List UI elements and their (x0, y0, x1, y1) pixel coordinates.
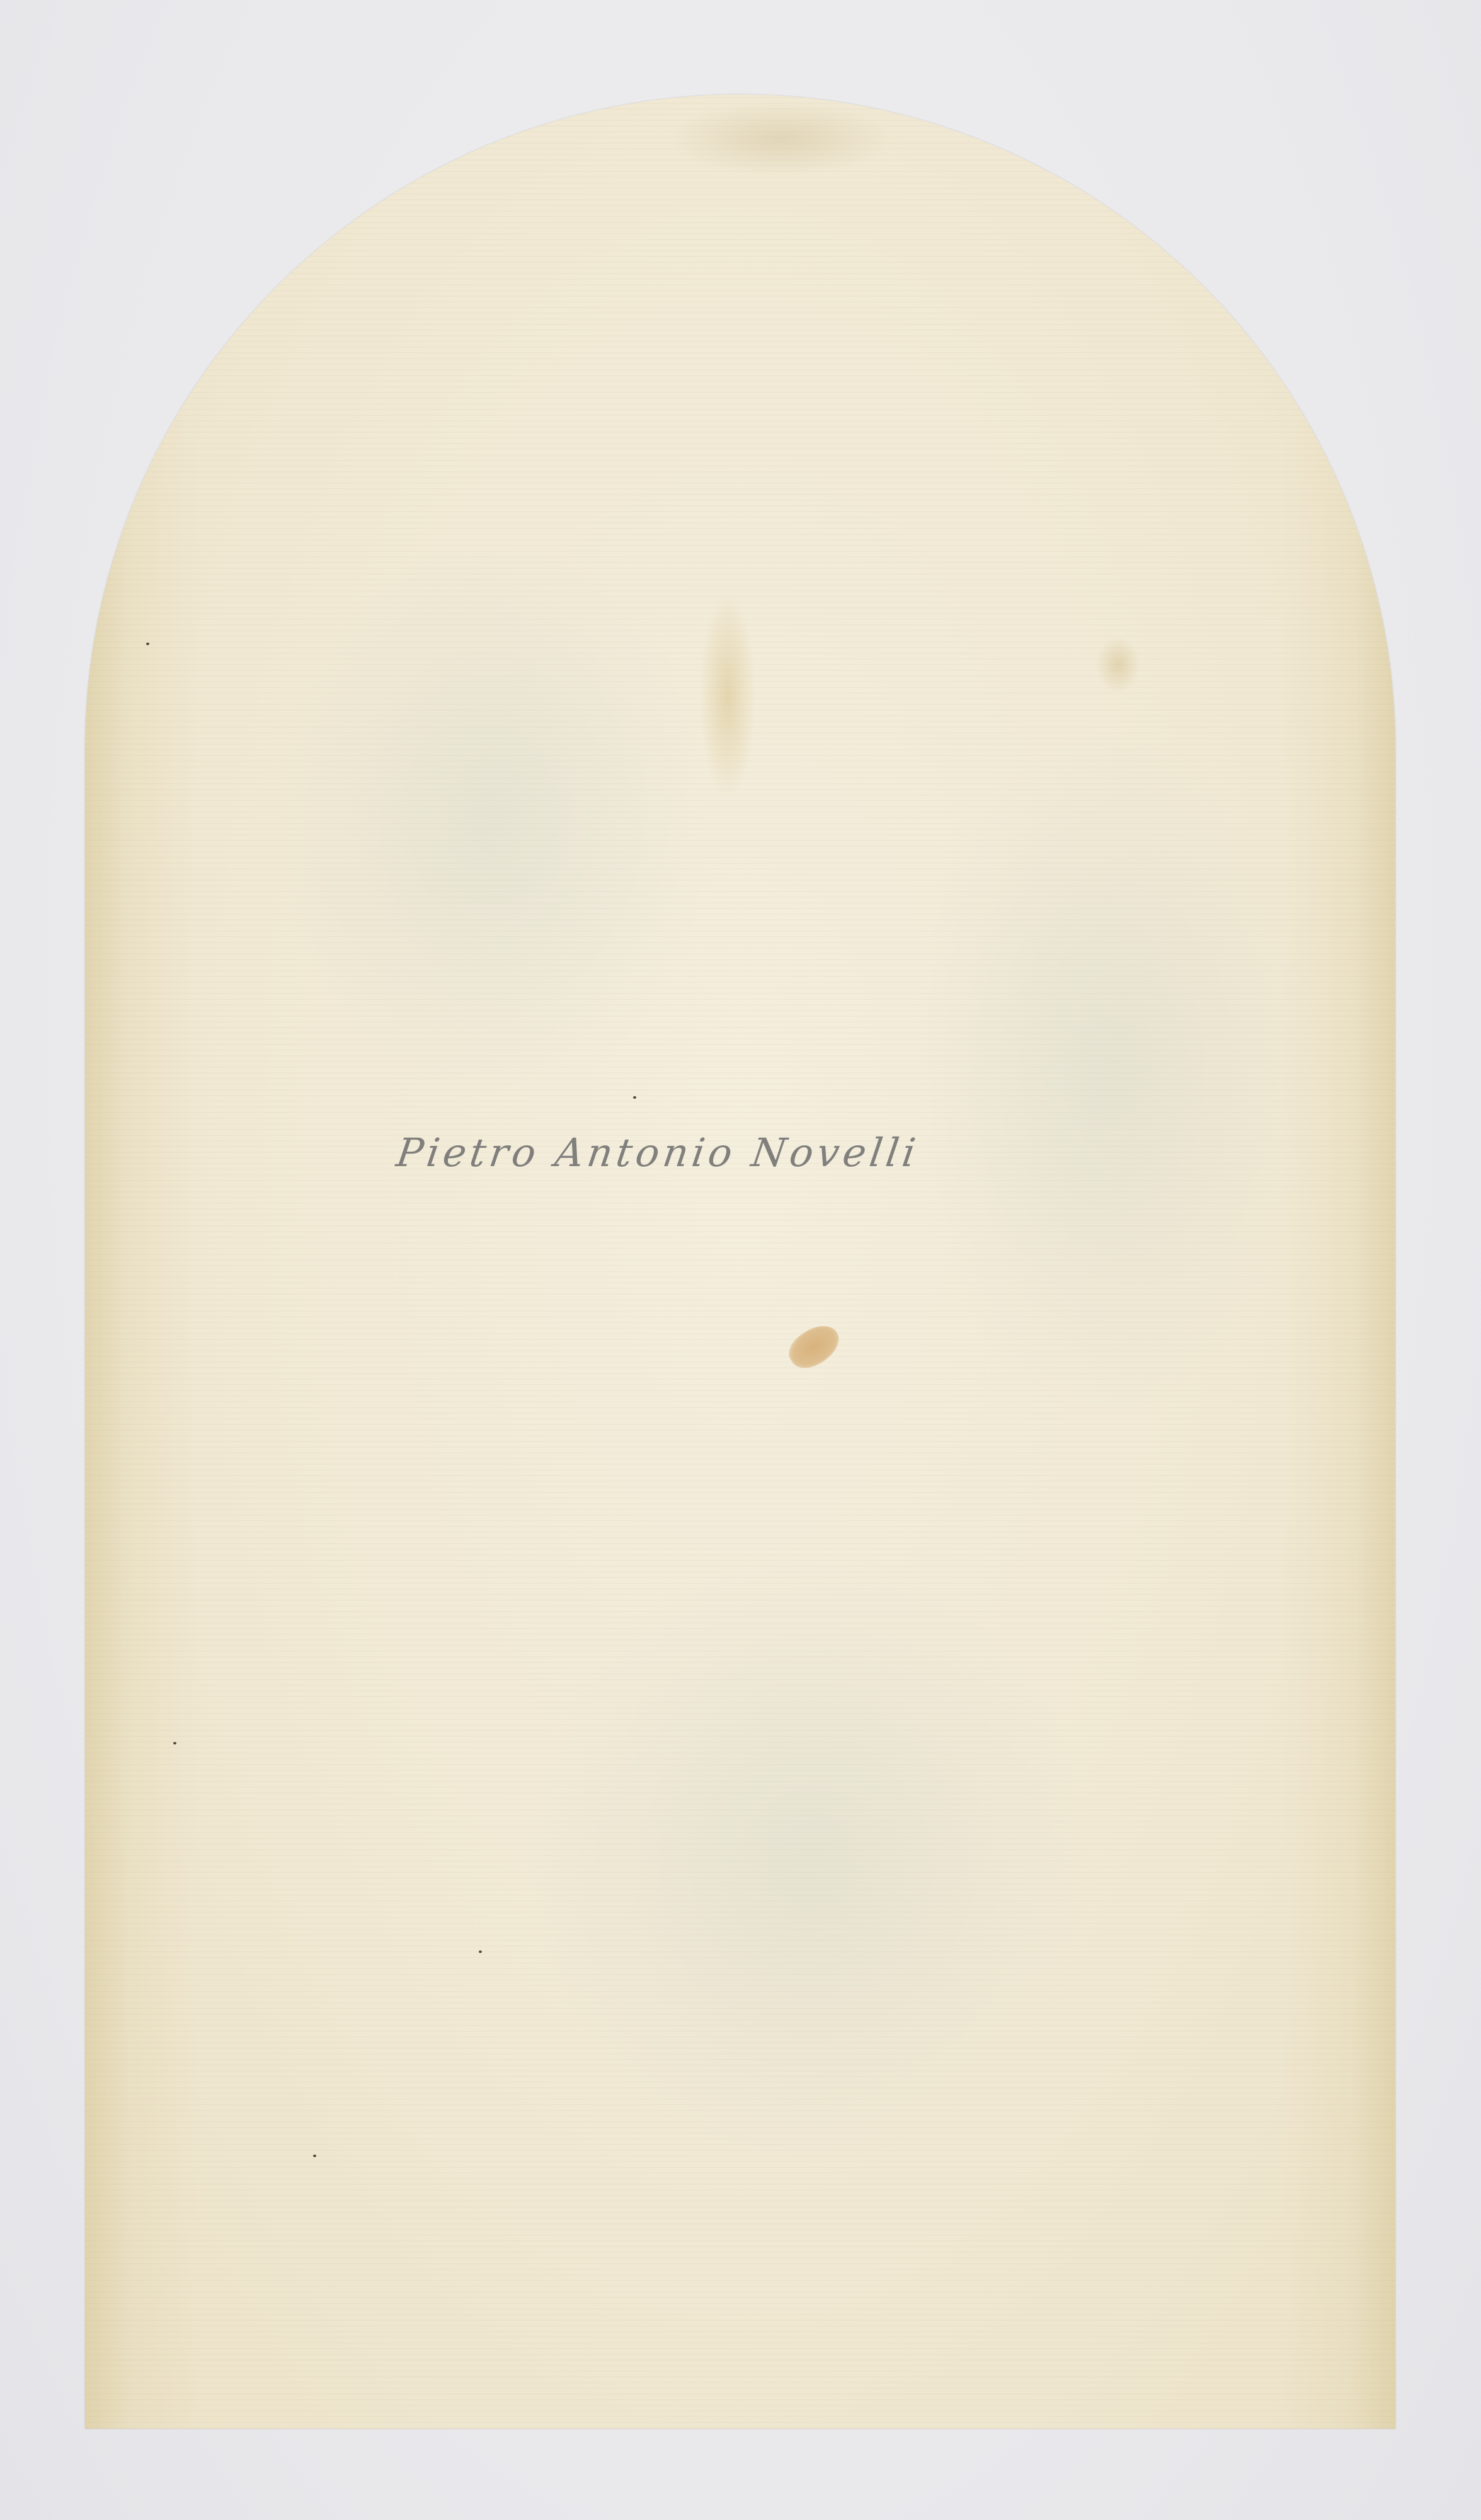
speck (313, 2155, 316, 2157)
foxing-stain (1096, 636, 1140, 693)
pencil-inscription: Pietro Antonio Novelli (392, 1121, 968, 1184)
speck (633, 1096, 636, 1099)
speck (146, 643, 149, 645)
show-through-shadow (526, 1543, 1093, 2173)
speck (173, 1742, 176, 1744)
arched-paper-sheet (85, 94, 1395, 2429)
show-through-shadow (904, 724, 1313, 1417)
edge-stain (668, 101, 895, 176)
speck (479, 1950, 482, 1953)
show-through-shadow (274, 535, 715, 1102)
